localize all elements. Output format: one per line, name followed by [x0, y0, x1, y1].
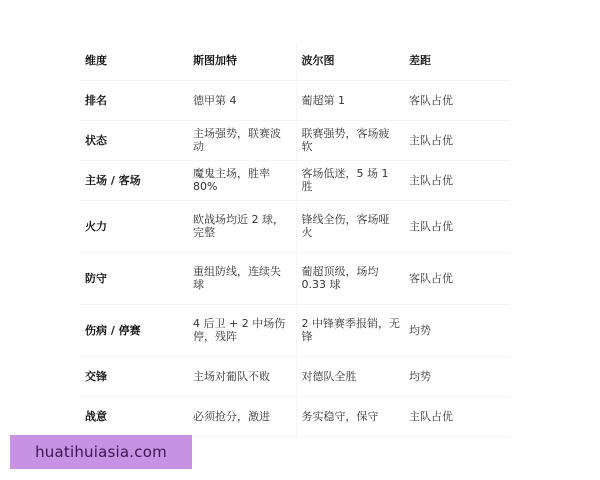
header-porto: 波尔图 — [296, 42, 404, 80]
comparison-table-container: 维度 斯图加特 波尔图 差距 排名 德甲第 4 葡超第 1 客队占优 状态 主场… — [80, 42, 510, 437]
row-gap: 主队占优 — [404, 120, 510, 160]
row-dimension: 排名 — [80, 80, 188, 120]
row-porto: 2 中锋赛季报销，无锋 — [296, 304, 404, 356]
table-row: 防守 重组防线，连续失球 葡超顶级，场均 0.33 球 客队占优 — [80, 252, 510, 304]
row-stuttgart: 重组防线，连续失球 — [188, 252, 296, 304]
watermark-banner: huatihuiasia.com — [10, 435, 192, 469]
row-porto: 务实稳守，保守 — [296, 396, 404, 436]
row-gap: 均势 — [404, 304, 510, 356]
row-stuttgart: 魔鬼主场，胜率 80% — [188, 160, 296, 200]
row-porto: 葡超顶级，场均 0.33 球 — [296, 252, 404, 304]
row-stuttgart: 欧战场均近 2 球，完整 — [188, 200, 296, 252]
row-porto: 锋线全伤，客场哑火 — [296, 200, 404, 252]
row-dimension: 主场 / 客场 — [80, 160, 188, 200]
header-dimension: 维度 — [80, 42, 188, 80]
row-gap: 客队占优 — [404, 80, 510, 120]
row-stuttgart: 主场强势，联赛波动 — [188, 120, 296, 160]
row-porto: 葡超第 1 — [296, 80, 404, 120]
row-gap: 均势 — [404, 356, 510, 396]
header-gap: 差距 — [404, 42, 510, 80]
header-stuttgart: 斯图加特 — [188, 42, 296, 80]
row-gap: 客队占优 — [404, 252, 510, 304]
row-stuttgart: 德甲第 4 — [188, 80, 296, 120]
row-stuttgart: 4 后卫 + 2 中场伤停，残阵 — [188, 304, 296, 356]
row-stuttgart: 主场对葡队不败 — [188, 356, 296, 396]
table-row: 排名 德甲第 4 葡超第 1 客队占优 — [80, 80, 510, 120]
row-dimension: 战意 — [80, 396, 188, 436]
table-header-row: 维度 斯图加特 波尔图 差距 — [80, 42, 510, 80]
row-dimension: 伤病 / 停赛 — [80, 304, 188, 356]
row-gap: 主队占优 — [404, 200, 510, 252]
row-porto: 联赛强势，客场疲软 — [296, 120, 404, 160]
table-row: 战意 必须抢分，激进 务实稳守，保守 主队占优 — [80, 396, 510, 436]
watermark-text: huatihuiasia.com — [35, 443, 167, 461]
row-dimension: 状态 — [80, 120, 188, 160]
row-porto: 对德队全胜 — [296, 356, 404, 396]
row-gap: 主队占优 — [404, 396, 510, 436]
row-dimension: 火力 — [80, 200, 188, 252]
table-row: 火力 欧战场均近 2 球，完整 锋线全伤，客场哑火 主队占优 — [80, 200, 510, 252]
table-row: 主场 / 客场 魔鬼主场，胜率 80% 客场低迷，5 场 1 胜 主队占优 — [80, 160, 510, 200]
table-row: 状态 主场强势，联赛波动 联赛强势，客场疲软 主队占优 — [80, 120, 510, 160]
match-comparison-table: 维度 斯图加特 波尔图 差距 排名 德甲第 4 葡超第 1 客队占优 状态 主场… — [80, 42, 510, 437]
row-dimension: 交锋 — [80, 356, 188, 396]
table-row: 伤病 / 停赛 4 后卫 + 2 中场伤停，残阵 2 中锋赛季报销，无锋 均势 — [80, 304, 510, 356]
row-stuttgart: 必须抢分，激进 — [188, 396, 296, 436]
table-row: 交锋 主场对葡队不败 对德队全胜 均势 — [80, 356, 510, 396]
row-porto: 客场低迷，5 场 1 胜 — [296, 160, 404, 200]
row-gap: 主队占优 — [404, 160, 510, 200]
row-dimension: 防守 — [80, 252, 188, 304]
